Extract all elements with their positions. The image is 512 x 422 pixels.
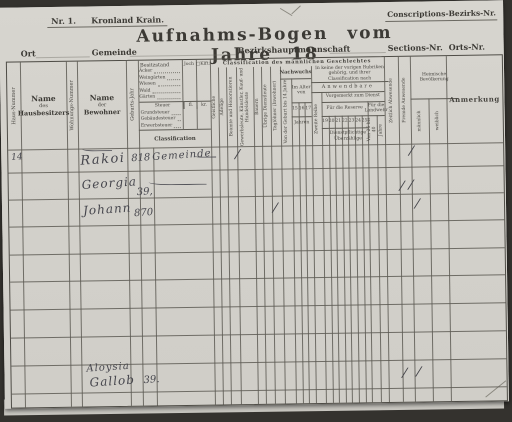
bewohner-line1: Name <box>90 93 115 102</box>
grid-vline <box>341 116 346 403</box>
besitz-unit-klft: □Klft. <box>196 61 210 68</box>
bewohner-line3: Bewohner <box>84 108 121 117</box>
landwehr-range: Von 26 bis 40 <box>368 115 377 144</box>
hw-year-row9: 39. <box>143 374 160 386</box>
hw-tally: / <box>414 196 420 211</box>
hw-flourish <box>194 152 216 158</box>
fill-line <box>36 56 90 58</box>
classification-label: Classification <box>139 129 211 149</box>
grid-vline <box>367 101 372 402</box>
col-haus-nummer: Haus-Nummer <box>7 62 21 149</box>
anmerkung-label: Anmerkung <box>446 55 503 143</box>
crease-mark <box>280 8 292 16</box>
besitz-rows: Äcker Weingärten Wiesen Wald Gärten <box>139 68 182 102</box>
hw-tally: / <box>408 178 414 193</box>
leader-dots <box>177 116 180 121</box>
steuer-title: Steuer <box>147 102 177 109</box>
grid-vline <box>328 116 333 403</box>
hw-year-row2: 39, <box>136 186 153 198</box>
col-hausbesitzer: Name des Hausbesitzers <box>20 62 67 150</box>
col-zeitlich-abwesende: Zeitlich Abwesende <box>384 57 399 144</box>
hw-year-row3: 870 <box>134 207 154 219</box>
conscription-district-label: Conscriptions-Bezirks-Nr. <box>387 8 496 19</box>
col-bewohner: Name der Bewohner <box>77 61 127 149</box>
hw-haus-nummer: 14 <box>11 152 23 163</box>
grid-vline <box>355 115 360 402</box>
col-weiblich: weiblich <box>428 98 447 143</box>
hausbesitzer-line1: Name <box>31 94 56 103</box>
hausbesitzer-line3: Hausbesitzers <box>18 109 70 118</box>
landwehr-label: Für die Landwehr <box>367 101 384 116</box>
grid-vline <box>361 115 366 402</box>
crownland-label: Kronland Krain. <box>91 14 164 25</box>
leader-dots <box>154 68 180 73</box>
cat-gewerbsleute: Gewerbsleute, Künstler, Kauf- und Handel… <box>236 67 254 146</box>
hw-tally: / <box>235 147 241 162</box>
grid-vline <box>298 102 303 403</box>
form-number: Nr. 1. <box>51 16 76 26</box>
sections-nr-label: Sections-Nr. <box>388 42 443 53</box>
leader-dots <box>153 88 181 93</box>
ort-label: Ort <box>21 48 36 58</box>
hw-flourish <box>149 174 207 186</box>
steuer-rows: Grundsteuer Gebäudesteuer Erwerbsteuer <box>141 110 183 130</box>
paper-sheet: Nr. 1. Kronland Krain. Conscriptions-Bez… <box>0 0 509 408</box>
steuer-box: Steuer fl. kr. Grundsteuer Gebäudesteuer… <box>139 101 210 131</box>
scanned-census-form: Nr. 1. Kronland Krain. Conscriptions-Bez… <box>0 0 512 422</box>
hw-name-row3: Johann <box>83 201 132 218</box>
leader-dots <box>174 123 181 128</box>
hw-flourish <box>82 143 112 151</box>
steuer-unit-kr: kr. <box>196 102 210 109</box>
leader-dots <box>172 110 181 115</box>
jahren-label: Jahren <box>292 116 312 130</box>
census-table: Haus-Nummer Name des Hausbesitzers Wohnu… <box>6 54 508 408</box>
steuer-unit-fl: fl. <box>183 102 197 109</box>
orts-nr-label: Orts-Nr. <box>449 42 485 53</box>
leader-dots <box>167 75 180 80</box>
grid-vline <box>348 116 353 403</box>
underline <box>385 19 497 22</box>
hw-year-row1: 818 <box>131 152 151 164</box>
hw-tally: / <box>402 366 408 381</box>
hw-tally: / <box>272 201 278 216</box>
grid-vline <box>305 102 310 403</box>
grid-vline <box>335 116 340 403</box>
col-maennlich: männlich <box>410 98 429 143</box>
hw-name-row2: Georgia <box>81 174 137 192</box>
hw-tally: / <box>409 143 415 158</box>
crease-mark <box>291 5 300 14</box>
grid-vline <box>376 115 381 402</box>
im-alter-von: Im Alter von <box>291 78 311 103</box>
besitz-unit-joch: Joch <box>182 61 196 68</box>
hw-tally: / <box>416 364 422 379</box>
grid-vline <box>153 147 158 405</box>
leader-dots <box>158 81 181 86</box>
hw-name-row1: Rakoi <box>80 151 126 169</box>
col-geburts-jahr: Geburts-Jahr <box>126 61 139 148</box>
leader-dots <box>157 94 180 99</box>
hw-tally: / <box>399 179 405 194</box>
hw-name-row9b: Gallob <box>89 373 135 390</box>
